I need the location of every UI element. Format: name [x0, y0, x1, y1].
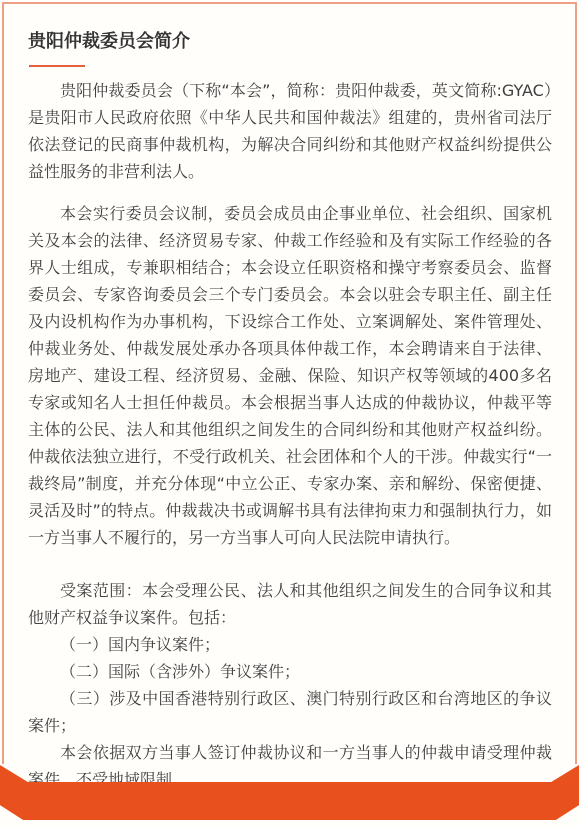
page-title: 贵阳仲裁委员会简介 [28, 30, 552, 54]
title-underline [29, 65, 85, 67]
list-item-domestic: （一）国内争议案件； [28, 631, 552, 658]
list-item-international: （二）国际（含涉外）争议案件； [28, 658, 552, 685]
paragraph-intro: 贵阳仲裁委员会（下称“本会”，简称：贵阳仲裁委，英文简称:GYAC）是贵阳市人民… [28, 77, 552, 185]
paragraph-case-scope: 受案范围：本会受理公民、法人和其他组织之间发生的合同争议和其他财产权益争议案件。… [28, 577, 552, 631]
document-body: 贵阳仲裁委员会简介 贵阳仲裁委员会（下称“本会”，简称：贵阳仲裁委，英文简称:G… [28, 30, 552, 793]
list-item-hk-macao-taiwan: （三）涉及中国香港特别行政区、澳门特别行政区和台湾地区的争议案件； [28, 685, 552, 739]
article-text: 贵阳仲裁委员会（下称“本会”，简称：贵阳仲裁委，英文简称:GYAC）是贵阳市人民… [28, 77, 552, 793]
paragraph-structure: 本会实行委员会议制，委员会成员由企事业单位、社会组织、国家机关及本会的法律、经济… [28, 200, 552, 551]
